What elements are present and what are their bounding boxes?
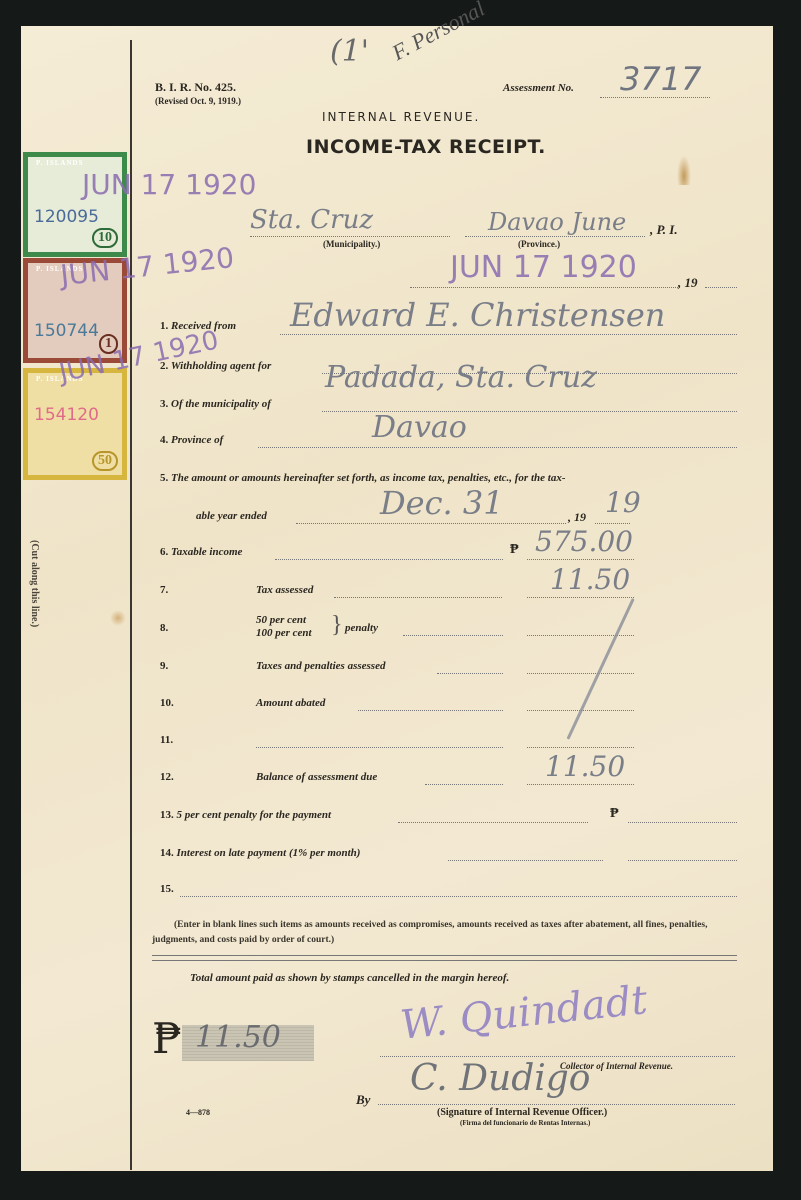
line-8-dots: [403, 635, 503, 636]
handwritten-annotation: (1': [330, 34, 369, 69]
form-id: B. I. R. No. 425. (Revised Oct. 9, 1919.…: [155, 80, 241, 108]
line-10-dots: [358, 710, 503, 711]
brace: }: [331, 612, 343, 639]
officer-sublabel: (Firma del funcionario de Rentas Interna…: [460, 1119, 590, 1127]
date-stamp: JUN 17 1920: [450, 250, 637, 285]
province-value: Davao June: [488, 208, 626, 236]
cancel-stamp: JUN 17 1920: [82, 168, 256, 201]
peso-sign: ₱: [510, 542, 519, 558]
line-13-field[interactable]: [628, 822, 737, 823]
stamp-serial: 120095: [34, 207, 99, 227]
taxable-income-value: 575.00: [535, 525, 633, 558]
revision-date: (Revised Oct. 9, 1919.): [155, 94, 241, 108]
total-amount-value: 11.50: [195, 1020, 281, 1055]
year-field[interactable]: [595, 523, 630, 524]
cut-line: [130, 40, 132, 1170]
line-label: Interest on late payment (1% per month): [177, 847, 361, 859]
stamp-header: P. ISLANDS: [36, 159, 83, 167]
peso-sign-large: ₱: [152, 1018, 182, 1060]
officer-label: (Signature of Internal Revenue Officer.): [437, 1107, 607, 1118]
province-of-value: Davao: [372, 410, 467, 445]
year-value: 19: [605, 486, 641, 519]
line-12-field[interactable]: [527, 784, 634, 785]
line-15-field[interactable]: [180, 896, 737, 897]
line-14-field[interactable]: [628, 860, 737, 861]
line-5-field[interactable]: [296, 523, 566, 524]
municipality-value: Sta. Cruz: [250, 205, 373, 235]
line-label: Taxable income: [171, 546, 242, 558]
line-8: 8.: [160, 622, 168, 634]
line-number: 5.: [160, 472, 168, 484]
line-number: 10.: [160, 697, 174, 709]
cut-note: (Cut along this line.): [29, 540, 40, 680]
line-9-field[interactable]: [527, 673, 634, 674]
municipality-of-value: Padada, Sta. Cruz: [325, 360, 597, 395]
line-number: 15.: [160, 883, 174, 895]
form-code: 4—878: [186, 1108, 210, 1117]
line-8-label: penalty: [345, 622, 378, 634]
line-number: 1.: [160, 320, 168, 332]
line-14-dots: [448, 860, 603, 861]
officer-signature-line[interactable]: [378, 1104, 735, 1105]
line-11: 11.: [160, 734, 173, 746]
line-7-label: Tax assessed: [256, 584, 313, 596]
line-number: 14.: [160, 847, 174, 859]
assessment-label: Assessment No.: [503, 82, 574, 94]
collector-signature-line[interactable]: [380, 1056, 735, 1057]
by-label: By: [356, 1092, 370, 1108]
year-line: [705, 287, 737, 288]
line-9: 9.: [160, 660, 168, 672]
line-label: The amount or amounts hereinafter set fo…: [171, 472, 566, 484]
line-number: 9.: [160, 660, 168, 672]
received-from-value: Edward E. Christensen: [290, 296, 665, 334]
page-title: INCOME-TAX RECEIPT.: [306, 136, 546, 158]
agency-heading: INTERNAL REVENUE.: [322, 110, 480, 124]
stamp-serial: 150744: [34, 321, 99, 341]
line-label: 5 per cent penalty for the payment: [177, 809, 332, 821]
line-5: 5. The amount or amounts hereinafter set…: [160, 472, 740, 484]
line-1-field[interactable]: [280, 334, 737, 335]
municipality-label: (Municipality.): [323, 239, 380, 249]
line-12: 12.: [160, 771, 174, 783]
line-number: 8.: [160, 622, 168, 634]
line-number: 6.: [160, 546, 168, 558]
line-10: 10.: [160, 697, 174, 709]
line-12-dots: [425, 784, 503, 785]
instruction-note: (Enter in blank lines such items as amou…: [152, 918, 742, 948]
tax-assessed-value: 11.50: [550, 563, 630, 596]
double-rule: [152, 955, 737, 961]
line-13: 13. 5 per cent penalty for the payment: [160, 809, 331, 821]
municipality-line: [250, 236, 450, 237]
line-label: Received from: [171, 320, 236, 332]
line-13-dots: [398, 822, 588, 823]
year-ended-value: Dec. 31: [380, 484, 504, 522]
year-prefix: , 19: [678, 275, 698, 291]
line-8-label-a: 50 per cent: [256, 614, 306, 626]
peso-sign: ₱: [610, 806, 619, 822]
line-3: 3. Of the municipality of: [160, 398, 271, 410]
line-5-cont: able year ended: [196, 510, 267, 522]
line-number: 3.: [160, 398, 168, 410]
line-4-field[interactable]: [258, 447, 737, 448]
total-label: Total amount paid as shown by stamps can…: [190, 972, 509, 984]
line-number: 7.: [160, 584, 168, 596]
stamp-denomination: 10: [92, 228, 118, 248]
pi-label: , P. I.: [650, 222, 678, 238]
line-7-dots: [334, 597, 502, 598]
line-label: Province of: [171, 434, 223, 446]
stamp-serial: 154120: [34, 405, 99, 425]
line-number: 13.: [160, 809, 174, 821]
province-line: [465, 236, 645, 237]
line-number: 12.: [160, 771, 174, 783]
line-2: 2. Withholding agent for: [160, 360, 271, 372]
province-label: (Province.): [518, 239, 560, 249]
line-7-field[interactable]: [527, 597, 634, 598]
line-10-label: Amount abated: [256, 697, 325, 709]
line-4: 4. Province of: [160, 434, 223, 446]
line-11-field[interactable]: [527, 747, 634, 748]
paper-stain: [110, 610, 126, 626]
date-line: [410, 287, 678, 288]
year-prefix: , 19: [568, 510, 586, 525]
line-12-label: Balance of assessment due: [256, 771, 377, 783]
stamp-denomination: 50: [92, 451, 118, 471]
line-11-label-field[interactable]: [256, 747, 503, 748]
line-9-label: Taxes and penalties assessed: [256, 660, 385, 672]
line-6-dots: [275, 559, 503, 560]
line-number: 11.: [160, 734, 173, 746]
balance-due-value: 11.50: [545, 750, 625, 783]
line-7: 7.: [160, 584, 168, 596]
line-6: 6. Taxable income: [160, 546, 242, 558]
line-15: 15.: [160, 883, 174, 895]
form-number: B. I. R. No. 425.: [155, 80, 241, 94]
line-8-label-b: 100 per cent: [256, 627, 312, 639]
line-1: 1. Received from: [160, 320, 236, 332]
line-9-dots: [437, 673, 503, 674]
line-number: 4.: [160, 434, 168, 446]
line-6-field[interactable]: [527, 559, 634, 560]
line-number: 2.: [160, 360, 168, 372]
paper-stain: [677, 155, 691, 185]
assessment-number: 3717: [620, 60, 701, 98]
line-14: 14. Interest on late payment (1% per mon…: [160, 847, 360, 859]
officer-signature: C. Dudigo: [410, 1058, 590, 1099]
line-label: Withholding agent for: [171, 360, 271, 372]
line-label: Of the municipality of: [171, 398, 271, 410]
